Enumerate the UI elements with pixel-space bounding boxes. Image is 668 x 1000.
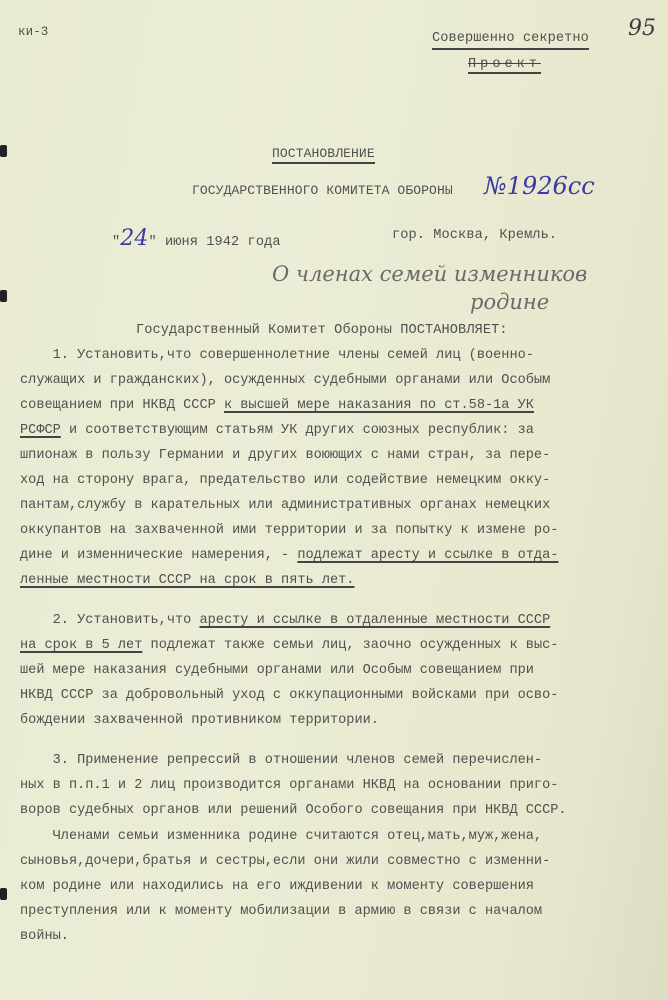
p1-line: оккупантов на захваченной ими территории…	[20, 523, 558, 538]
date-rest: июня 1942 года	[165, 235, 281, 250]
p3-line: 3. Применение репрессий в отношении член…	[20, 753, 542, 768]
p1-line: служащих и гражданских), осужденных суде…	[20, 373, 550, 388]
p1-line: 1. Установить,что совершеннолетние члены…	[20, 348, 534, 363]
punch-hole	[0, 888, 7, 900]
p4-line: Членами семьи изменника родине считаются…	[20, 829, 542, 844]
issuer-heading: ГОСУДАРСТВЕННОГО КОМИТЕТА ОБОРОНЫ	[192, 183, 453, 198]
underlined-phrase: ленные местности СССР на срок в пять лет…	[20, 573, 354, 588]
p3-line: ных в п.п.1 и 2 лиц производится органам…	[20, 778, 558, 793]
place: гор. Москва, Кремль.	[392, 228, 557, 243]
preamble: Государственный Комитет Обороны ПОСТАНОВ…	[136, 323, 508, 338]
underlined-phrase: к высшей мере наказания по ст.58-1а УК	[224, 398, 534, 413]
p4-line: ком родине или находились на его иждивен…	[20, 879, 534, 894]
p2-line: шей мере наказания судебными органами ил…	[20, 663, 534, 678]
p1-line: РСФСР и соответствующим статьям УК други…	[20, 423, 534, 438]
p2-line: НКВД СССР за добровольный уход с оккупац…	[20, 688, 558, 703]
punch-hole	[0, 145, 7, 157]
archive-code: ки-3	[18, 25, 48, 39]
underlined-phrase: РСФСР	[20, 423, 61, 438]
p3-line: воров судебных органов или решений Особо…	[20, 803, 567, 818]
subject-line-2: родине	[470, 290, 549, 314]
p1-line: пантам,службу в карательных или админист…	[20, 498, 550, 513]
p4-line: сыновья,дочери,братья и сестры,если они …	[20, 854, 550, 869]
p4-line: преступления или к моменту мобилизации в…	[20, 904, 542, 919]
p2-line: бождении захваченной противником террито…	[20, 713, 379, 728]
classification-stamp: Совершенно секретно	[432, 31, 589, 50]
subject-line-1: О членах семей изменников	[272, 262, 587, 286]
p1-line: шпионаж в пользу Германии и других воюющ…	[20, 448, 550, 463]
p4-line: войны.	[20, 929, 69, 944]
p1-line: дине и изменнические намерения, - подлеж…	[20, 548, 558, 563]
order-number-handwritten: №1926сс	[484, 172, 595, 200]
underlined-phrase: аресту и ссылке в отдаленные местности С…	[199, 613, 550, 628]
p1-line: ход на сторону врага, предательство или …	[20, 473, 550, 488]
p2-line: на срок в 5 лет подлежат также семьи лиц…	[20, 638, 558, 653]
doc-type-heading: ПОСТАНОВЛЕНИЕ	[272, 146, 375, 164]
punch-hole	[0, 290, 7, 302]
dateline-left: "24" июня 1942 года	[112, 226, 281, 251]
underlined-phrase: подлежат аресту и ссылке в отда-	[297, 548, 558, 563]
p2-line: 2. Установить,что аресту и ссылке в отда…	[20, 613, 550, 628]
underlined-phrase: на срок в 5 лет	[20, 638, 142, 653]
p1-line: ленные местности СССР на срок в пять лет…	[20, 573, 354, 588]
draft-mark: Проект	[468, 57, 541, 74]
p1-line: совещанием при НКВД СССР к высшей мере н…	[20, 398, 534, 413]
page-number: 95	[628, 16, 656, 41]
day-handwritten: 24	[120, 226, 148, 251]
